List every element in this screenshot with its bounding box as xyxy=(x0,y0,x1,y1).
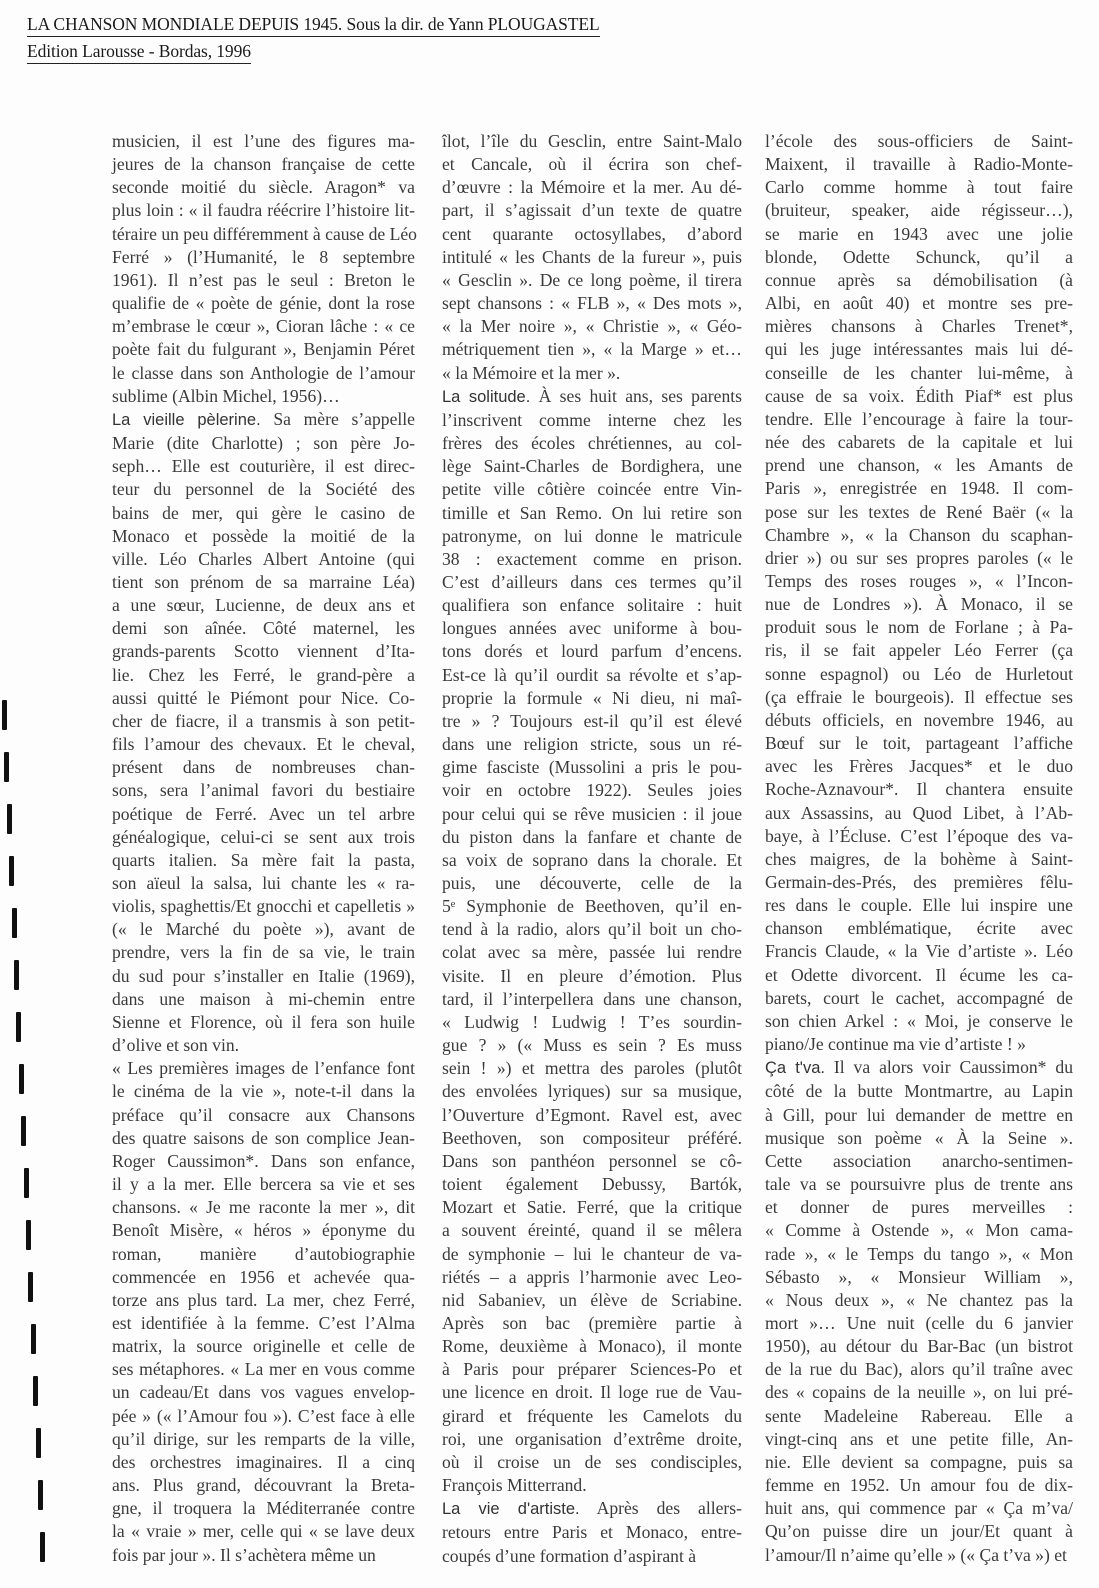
text-line: fils l’amour des chevaux. Et le cheval, xyxy=(112,733,415,756)
text-line: Bœuf sur le toit, partageant l’affiche xyxy=(765,732,1073,755)
text-line: piano/Je continue ma vie d’artiste ! » xyxy=(765,1033,1073,1056)
text-line: tons dorés et lourd parfum d’encens. xyxy=(442,640,742,663)
text-line: l’amour/Il n’aime qu’elle » (« Ça t’va »… xyxy=(765,1544,1073,1567)
text-line: femme en 1952. Un amour fou de dix- xyxy=(765,1474,1073,1497)
text-line: « Les premières images de l’enfance font xyxy=(112,1057,415,1080)
text-line: Monaco et possède la moitié de la xyxy=(112,525,415,548)
text-line: ris, il se fait appeler Léo Ferrer (ça xyxy=(765,639,1073,662)
text-line: roman, manière d’autobiographie xyxy=(112,1243,415,1266)
text-line: tient son prénom de sa marraine Léa) xyxy=(112,571,415,594)
text-line: cher de fiacre, il a transmis à son peti… xyxy=(112,710,415,733)
text-line: plus loin : « il faudra réécrire l’histo… xyxy=(112,199,415,222)
text-line: des quatre saisons de son complice Jean- xyxy=(112,1127,415,1150)
text-line: côté de la butte Montmartre, au Lapin xyxy=(765,1080,1073,1103)
text-line: 1950), au détour du Bar-Bac (un bistrot xyxy=(765,1335,1073,1358)
binding-hole-mark xyxy=(19,1064,24,1094)
text-line: girard et fréquente les Camelots du xyxy=(442,1405,742,1428)
text-line: Rome, deuxième à Monaco), il monte xyxy=(442,1335,742,1358)
text-line: prendre, vers la fin de sa vie, le train xyxy=(112,941,415,964)
text-line: intitulé « les Chants de la fureur », pu… xyxy=(442,246,742,269)
text-line: poète fait du fulgurant », Benjamin Pére… xyxy=(112,338,415,361)
text-line: 38 : exactement comme en prison. xyxy=(442,548,742,571)
text-line: métriquement tien », « la Marge » et… xyxy=(442,338,742,361)
text-line: coupés d’une formation d’aspirant à xyxy=(442,1545,742,1568)
text-line: qu’il dirige, sur les remparts de la vil… xyxy=(112,1428,415,1451)
text-line: Chambre », « la Chanson du scaphan- xyxy=(765,524,1073,547)
text-line: Dans son panthéon personnel se cô- xyxy=(442,1150,742,1173)
text-line: des « copains de la neuille », on lui pr… xyxy=(765,1381,1073,1404)
text-line: à Paris pour préparer Sciences-Po et xyxy=(442,1358,742,1381)
text-line: née des cabarets de la capitale et lui xyxy=(765,431,1073,454)
text-line: proprie la formule « Ni dieu, ni maî- xyxy=(442,687,742,710)
text-line: présent dans de nombreuses chan- xyxy=(112,756,415,779)
text-line: rade », « le Temps du tango », « Mon xyxy=(765,1243,1073,1266)
text-line: de la rue du Bac), alors qu’il traîne av… xyxy=(765,1358,1073,1381)
text-line: de symphonie – lui le chanteur de va- xyxy=(442,1243,742,1266)
text-line: et donner de pures merveilles : xyxy=(765,1196,1073,1219)
section-subheading: La solitude. xyxy=(442,388,530,406)
text-line: qualifie de « poète de génie, dont la ro… xyxy=(112,292,415,315)
text-line: le classe dans son Anthologie de l’amour xyxy=(112,362,415,385)
text-line: sons, sera l’animal favori du bestiaire xyxy=(112,779,415,802)
text-line: longues années avec uniforme à bou- xyxy=(442,617,742,640)
text-line: sept chansons : « FLB », « Des mots », xyxy=(442,292,742,315)
text-line: l’école des sous-officiers de Saint- xyxy=(765,130,1073,153)
text-line: sente Madeleine Rabereau. Elle a xyxy=(765,1405,1073,1428)
text-line: tale va se poursuivre plus de trente ans xyxy=(765,1173,1073,1196)
text-line: Après son bac (première partie à xyxy=(442,1312,742,1335)
text-line: Germain-des-Prés, des premières fêlu- xyxy=(765,871,1073,894)
text-line: Ça t'va. Il va alors voir Caussimon* du xyxy=(765,1056,1073,1080)
text-line: une licence en droit. Il loge rue de Vau… xyxy=(442,1381,742,1404)
text-line: colat avec sa mère, passée lui rendre xyxy=(442,941,742,964)
binding-hole-mark xyxy=(38,1480,43,1510)
text-line: retours entre Paris et Monaco, entre- xyxy=(442,1521,742,1544)
text-line: avec les Frères Jacques* et le duo xyxy=(765,755,1073,778)
text-line: La vieille pèlerine. Sa mère s’appelle xyxy=(112,408,415,432)
text-line: Temps des roses rouges », « l’Incon- xyxy=(765,570,1073,593)
book-title-line: LA CHANSON MONDIALE DEPUIS 1945. Sous la… xyxy=(27,12,600,37)
text-line: ses métaphores. « La mer en vous comme xyxy=(112,1358,415,1381)
text-line: riétés – a appris l’harmonie avec Leo- xyxy=(442,1266,742,1289)
text-line: seph… Elle est couturière, il est direc- xyxy=(112,455,415,478)
text-line: ans. Plus grand, découvrant la Breta- xyxy=(112,1474,415,1497)
text-line: qualifiera son enfance solitaire : huit xyxy=(442,594,742,617)
text-column-1: musicien, il est l’une des figures ma-je… xyxy=(112,130,415,1567)
text-line: des envolées lyriques) sur sa musique, xyxy=(442,1080,742,1103)
text-line: barets, court le cachet, accompagné de xyxy=(765,987,1073,1010)
text-line: « Ludwig ! Ludwig ! T’es sourdin- xyxy=(442,1011,742,1034)
text-line: où il croise un de ses condisciples, xyxy=(442,1451,742,1474)
text-line: (« le Marché du poète »), avant de xyxy=(112,918,415,941)
text-line: Benoît Misère, « héros » éponyme du xyxy=(112,1219,415,1242)
text-line: blonde, Odette Schunck, qu’il a xyxy=(765,246,1073,269)
text-line: d’olive et son vin. xyxy=(112,1034,415,1057)
book-citation-header: LA CHANSON MONDIALE DEPUIS 1945. Sous la… xyxy=(27,12,600,64)
text-line: « la Mer noire », « Christie », « Géo- xyxy=(442,315,742,338)
text-line: Roche-Aznavour*. Il chantera ensuite xyxy=(765,778,1073,801)
section-subheading: Ça t'va. xyxy=(765,1059,825,1077)
binding-hole-mark xyxy=(36,1428,41,1458)
text-line: drier ») ou sur ses propres paroles (« l… xyxy=(765,547,1073,570)
text-line: tard, il l’interpellera dans une chanson… xyxy=(442,988,742,1011)
text-line: gime fasciste (Mussolini a pris le pou- xyxy=(442,756,742,779)
binding-hole-mark xyxy=(40,1532,45,1562)
text-line: son aïeul la salsa, lui chante les « ra- xyxy=(112,872,415,895)
text-line: 1961). Il n’est pas le seul : Breton le xyxy=(112,269,415,292)
text-line: Beethoven, son compositeur préféré. xyxy=(442,1127,742,1150)
text-line: nid Sabaniev, un élève de Scriabine. xyxy=(442,1289,742,1312)
text-line: se marie en 1943 avec une jolie xyxy=(765,223,1073,246)
text-line: Francis Claude, « la Vie d’artiste ». Lé… xyxy=(765,940,1073,963)
text-line: pose sur les textes de René Baër (« la xyxy=(765,501,1073,524)
binding-hole-mark xyxy=(21,1116,26,1146)
text-line: commencée en 1956 et achevée qua- xyxy=(112,1266,415,1289)
text-line: « la Mémoire et la mer ». xyxy=(442,362,742,385)
text-line: chansons. « Je me raconte la mer », dit xyxy=(112,1196,415,1219)
text-line: jeures de la chanson française de cette xyxy=(112,153,415,176)
text-line: (bruiteur, speaker, aide régisseur…), xyxy=(765,199,1073,222)
text-line: fois par jour ». Il s’achètera même un xyxy=(112,1544,415,1567)
binding-hole-mark xyxy=(33,1376,38,1406)
text-line: sa voix de soprano dans la chorale. Et xyxy=(442,849,742,872)
text-line: nie. Elle devient sa compagne, puis sa xyxy=(765,1451,1073,1474)
text-line: Roger Caussimon*. Dans son enfance, xyxy=(112,1150,415,1173)
text-line: du sud pour s’installer en Italie (1969)… xyxy=(112,965,415,988)
text-line: vingt-cinq ans et une petite fille, An- xyxy=(765,1428,1073,1451)
text-line: a souvent éreinté, quand il se mêlera xyxy=(442,1219,742,1242)
text-line: Paris », enregistrée en 1948. Il com- xyxy=(765,477,1073,500)
text-line: musicien, il est l’une des figures ma- xyxy=(112,130,415,153)
text-line: qui les juge intéressantes mais lui dé- xyxy=(765,338,1073,361)
text-line: cause de sa voix. Édith Piaf* est plus xyxy=(765,385,1073,408)
text-line: aussi quitté le Piémont pour Nice. Co- xyxy=(112,687,415,710)
text-line: Maixent, il travaille à Radio-Monte- xyxy=(765,153,1073,176)
text-line: seconde moitié du siècle. Aragon* va xyxy=(112,176,415,199)
text-line: La vie d'artiste. Après des allers- xyxy=(442,1497,742,1521)
text-line: préface qu’il consacre aux Chansons xyxy=(112,1104,415,1127)
binding-hole-mark xyxy=(31,1324,36,1354)
text-line: part, il s’agissait d’un texte de quatre xyxy=(442,199,742,222)
text-line: « Comme à Ostende », « Mon cama- xyxy=(765,1219,1073,1242)
text-line: François Mitterrand. xyxy=(442,1474,742,1497)
text-line: bains de mer, qui gère le casino de xyxy=(112,502,415,525)
text-line: tendre. Elle l’encourage à faire la tour… xyxy=(765,408,1073,431)
text-line: torze ans plus tard. La mer, chez Ferré, xyxy=(112,1289,415,1312)
text-line: chanson emblématique, écrite avec xyxy=(765,917,1073,940)
binding-hole-mark xyxy=(12,908,17,938)
text-line: pour celui qui se rêve musicien : il jou… xyxy=(442,803,742,826)
text-line: quarts italien. Sa mère fait la pasta, xyxy=(112,849,415,872)
text-line: La solitude. À ses huit ans, ses parents xyxy=(442,385,742,409)
text-line: Mozart et Satie. Ferré, que la critique xyxy=(442,1196,742,1219)
text-line: tend à la radio, alors qu’il boit un cho… xyxy=(442,918,742,941)
text-line: îlot, l’île du Gesclin, entre Saint-Malo xyxy=(442,130,742,153)
text-line: a une sœur, Lucienne, de deux ans et xyxy=(112,594,415,617)
text-line: sonne espagnol) ou Léo de Hurletout xyxy=(765,663,1073,686)
binding-hole-mark xyxy=(4,752,9,782)
text-line: grands-parents Scotto viennent d’Ita- xyxy=(112,640,415,663)
text-line: voir en octobre 1922). Seules joies xyxy=(442,779,742,802)
text-line: conseille de les chanter lui-même, à xyxy=(765,362,1073,385)
text-line: Sienne et Florence, où il fera son huile xyxy=(112,1011,415,1034)
text-line: la « vraie » mer, celle qui « se lave de… xyxy=(112,1520,415,1543)
text-line: dans une maison à mi-chemin entre xyxy=(112,988,415,1011)
text-line: sein ! ») et mettra des paroles (plutôt xyxy=(442,1057,742,1080)
text-line: pée » (« l’Amour fou »). C’est face à el… xyxy=(112,1405,415,1428)
text-line: l’Ouverture d’Egmont. Ravel est, avec xyxy=(442,1104,742,1127)
text-line: Albi, en août 40) et montre ses pre- xyxy=(765,292,1073,315)
text-line: connue après sa démobilisation (à xyxy=(765,269,1073,292)
text-line: et Cancale, où il écrira son chef- xyxy=(442,153,742,176)
text-line: mort »… Une nuit (celle du 6 janvier xyxy=(765,1312,1073,1335)
text-line: C’est d’ailleurs dans ces termes qu’il xyxy=(442,571,742,594)
text-line: 5ᵉ Symphonie de Beethoven, qu’il en- xyxy=(442,895,742,918)
text-line: le cinéma de la vie », note-t-il dans la xyxy=(112,1080,415,1103)
text-line: des orchestres imaginaires. Il a cinq xyxy=(112,1451,415,1474)
text-line: d’œuvre : la Mémoire et la mer. Au dé- xyxy=(442,176,742,199)
text-line: l’inscrivent comme interne chez les xyxy=(442,409,742,432)
text-line: Carlo comme homme à tout faire xyxy=(765,176,1073,199)
text-column-3: l’école des sous-officiers de Saint-Maix… xyxy=(765,130,1073,1567)
text-line: timille et San Remo. On lui retire son xyxy=(442,502,742,525)
text-line: mières chansons à Charles Trenet*, xyxy=(765,315,1073,338)
text-line: nue de Londres »). À Monaco, il se xyxy=(765,593,1073,616)
text-line: teur du personnel de la Société des xyxy=(112,478,415,501)
text-line: Ferré » (l’Humanité, le 8 septembre xyxy=(112,246,415,269)
binding-hole-mark xyxy=(16,1012,21,1042)
text-line: « Gesclin ». De ce long poème, il tirera xyxy=(442,269,742,292)
text-line: « Nous deux », « Ne chantez pas la xyxy=(765,1289,1073,1312)
text-line: Cette association anarcho-sentimen- xyxy=(765,1150,1073,1173)
text-line: toient également Debussy, Bartók, xyxy=(442,1173,742,1196)
section-subheading: La vieille pèlerine. xyxy=(112,411,261,429)
text-line: lège Saint-Charles de Bordighera, une xyxy=(442,455,742,478)
text-line: gne, il troquera la Méditerranée contre xyxy=(112,1497,415,1520)
text-line: à Gill, pour lui demander de mettre en xyxy=(765,1104,1073,1127)
text-line: gue ? » (« Muss es sein ? Es muss xyxy=(442,1034,742,1057)
text-line: huit ans, qui commence par « Ça m’va/ xyxy=(765,1497,1073,1520)
text-line: Marie (dite Charlotte) ; son père Jo- xyxy=(112,432,415,455)
text-line: un cadeau/Et dans vos vagues envelop- xyxy=(112,1381,415,1404)
text-line: prend une chanson, « les Amants de xyxy=(765,454,1073,477)
text-line: violis, spaghettis/Et gnocchi et capelle… xyxy=(112,895,415,918)
text-line: musique son poème « À la Seine ». xyxy=(765,1127,1073,1150)
binding-hole-mark xyxy=(24,1168,29,1198)
text-line: petite ville côtière coincée entre Vin- xyxy=(442,478,742,501)
text-line: m’embrase le cœur », Cioran lâche : « ce xyxy=(112,315,415,338)
binding-hole-mark xyxy=(9,856,14,886)
section-subheading: La vie d'artiste. xyxy=(442,1500,580,1518)
text-line: et Odette divorcent. Il écume les ca- xyxy=(765,964,1073,987)
text-line: poétique de Ferré. Avec un tel arbre xyxy=(112,803,415,826)
publisher-line: Edition Larousse - Bordas, 1996 xyxy=(27,39,251,64)
text-line: il y a la mer. Elle bercera sa vie et se… xyxy=(112,1173,415,1196)
text-line: est identifiée à la femme. C’est l’Alma xyxy=(112,1312,415,1335)
text-line: généalogique, celui-ci se sent aux trois xyxy=(112,826,415,849)
text-line: patronyme, on lui donne le matricule xyxy=(442,525,742,548)
text-line: lie. Chez les Ferré, le grand-père a xyxy=(112,664,415,687)
text-line: Est-ce là qu’il ourdit sa révolte et s’a… xyxy=(442,664,742,687)
text-line: baye, à l’Écluse. C’est l’époque des va- xyxy=(765,825,1073,848)
text-line: son chien Arkel : « Moi, je conserve le xyxy=(765,1010,1073,1033)
binding-hole-mark xyxy=(26,1220,31,1250)
text-line: frères des écoles chrétiennes, au col- xyxy=(442,432,742,455)
binding-hole-mark xyxy=(14,960,19,990)
binding-hole-mark xyxy=(7,804,12,834)
text-line: res dans le couple. Elle lui inspire une xyxy=(765,894,1073,917)
text-line: demi son aînée. Côté maternel, les xyxy=(112,617,415,640)
text-line: ville. Léo Charles Albert Antoine (qui xyxy=(112,548,415,571)
binding-hole-mark xyxy=(2,700,7,730)
text-line: sublime (Albin Michel, 1956)… xyxy=(112,385,415,408)
text-line: visite. Il en pleure d’émotion. Plus xyxy=(442,965,742,988)
text-line: (ça effraie le bourgeois). Il effectue s… xyxy=(765,686,1073,709)
text-line: téraire un peu différemment à cause de L… xyxy=(112,223,415,246)
text-line: aux Assassins, au Quod Libet, à l’Ab- xyxy=(765,802,1073,825)
text-line: ches maigres, de la bohème à Saint- xyxy=(765,848,1073,871)
text-column-2: îlot, l’île du Gesclin, entre Saint-Malo… xyxy=(442,130,742,1568)
text-line: du piston dans la fanfare et chante de xyxy=(442,826,742,849)
text-line: matrix, la source originelle et celle de xyxy=(112,1335,415,1358)
text-line: débuts officiels, en novembre 1946, au xyxy=(765,709,1073,732)
text-line: tre » ? Toujours est-il qu’il est élevé xyxy=(442,710,742,733)
binding-hole-mark xyxy=(28,1272,33,1302)
text-line: Qu’on puisse dire un jour/Et quant à xyxy=(765,1520,1073,1543)
text-line: dans une religion stricte, sous un ré- xyxy=(442,733,742,756)
text-line: roi, une organisation d’extrême droite, xyxy=(442,1428,742,1451)
text-line: produit sous le nom de Forlane ; à Pa- xyxy=(765,616,1073,639)
text-line: puis, une découverte, celle de la xyxy=(442,872,742,895)
text-line: Sébasto », « Monsieur William », xyxy=(765,1266,1073,1289)
text-line: cent quarante octosyllabes, d’abord xyxy=(442,223,742,246)
